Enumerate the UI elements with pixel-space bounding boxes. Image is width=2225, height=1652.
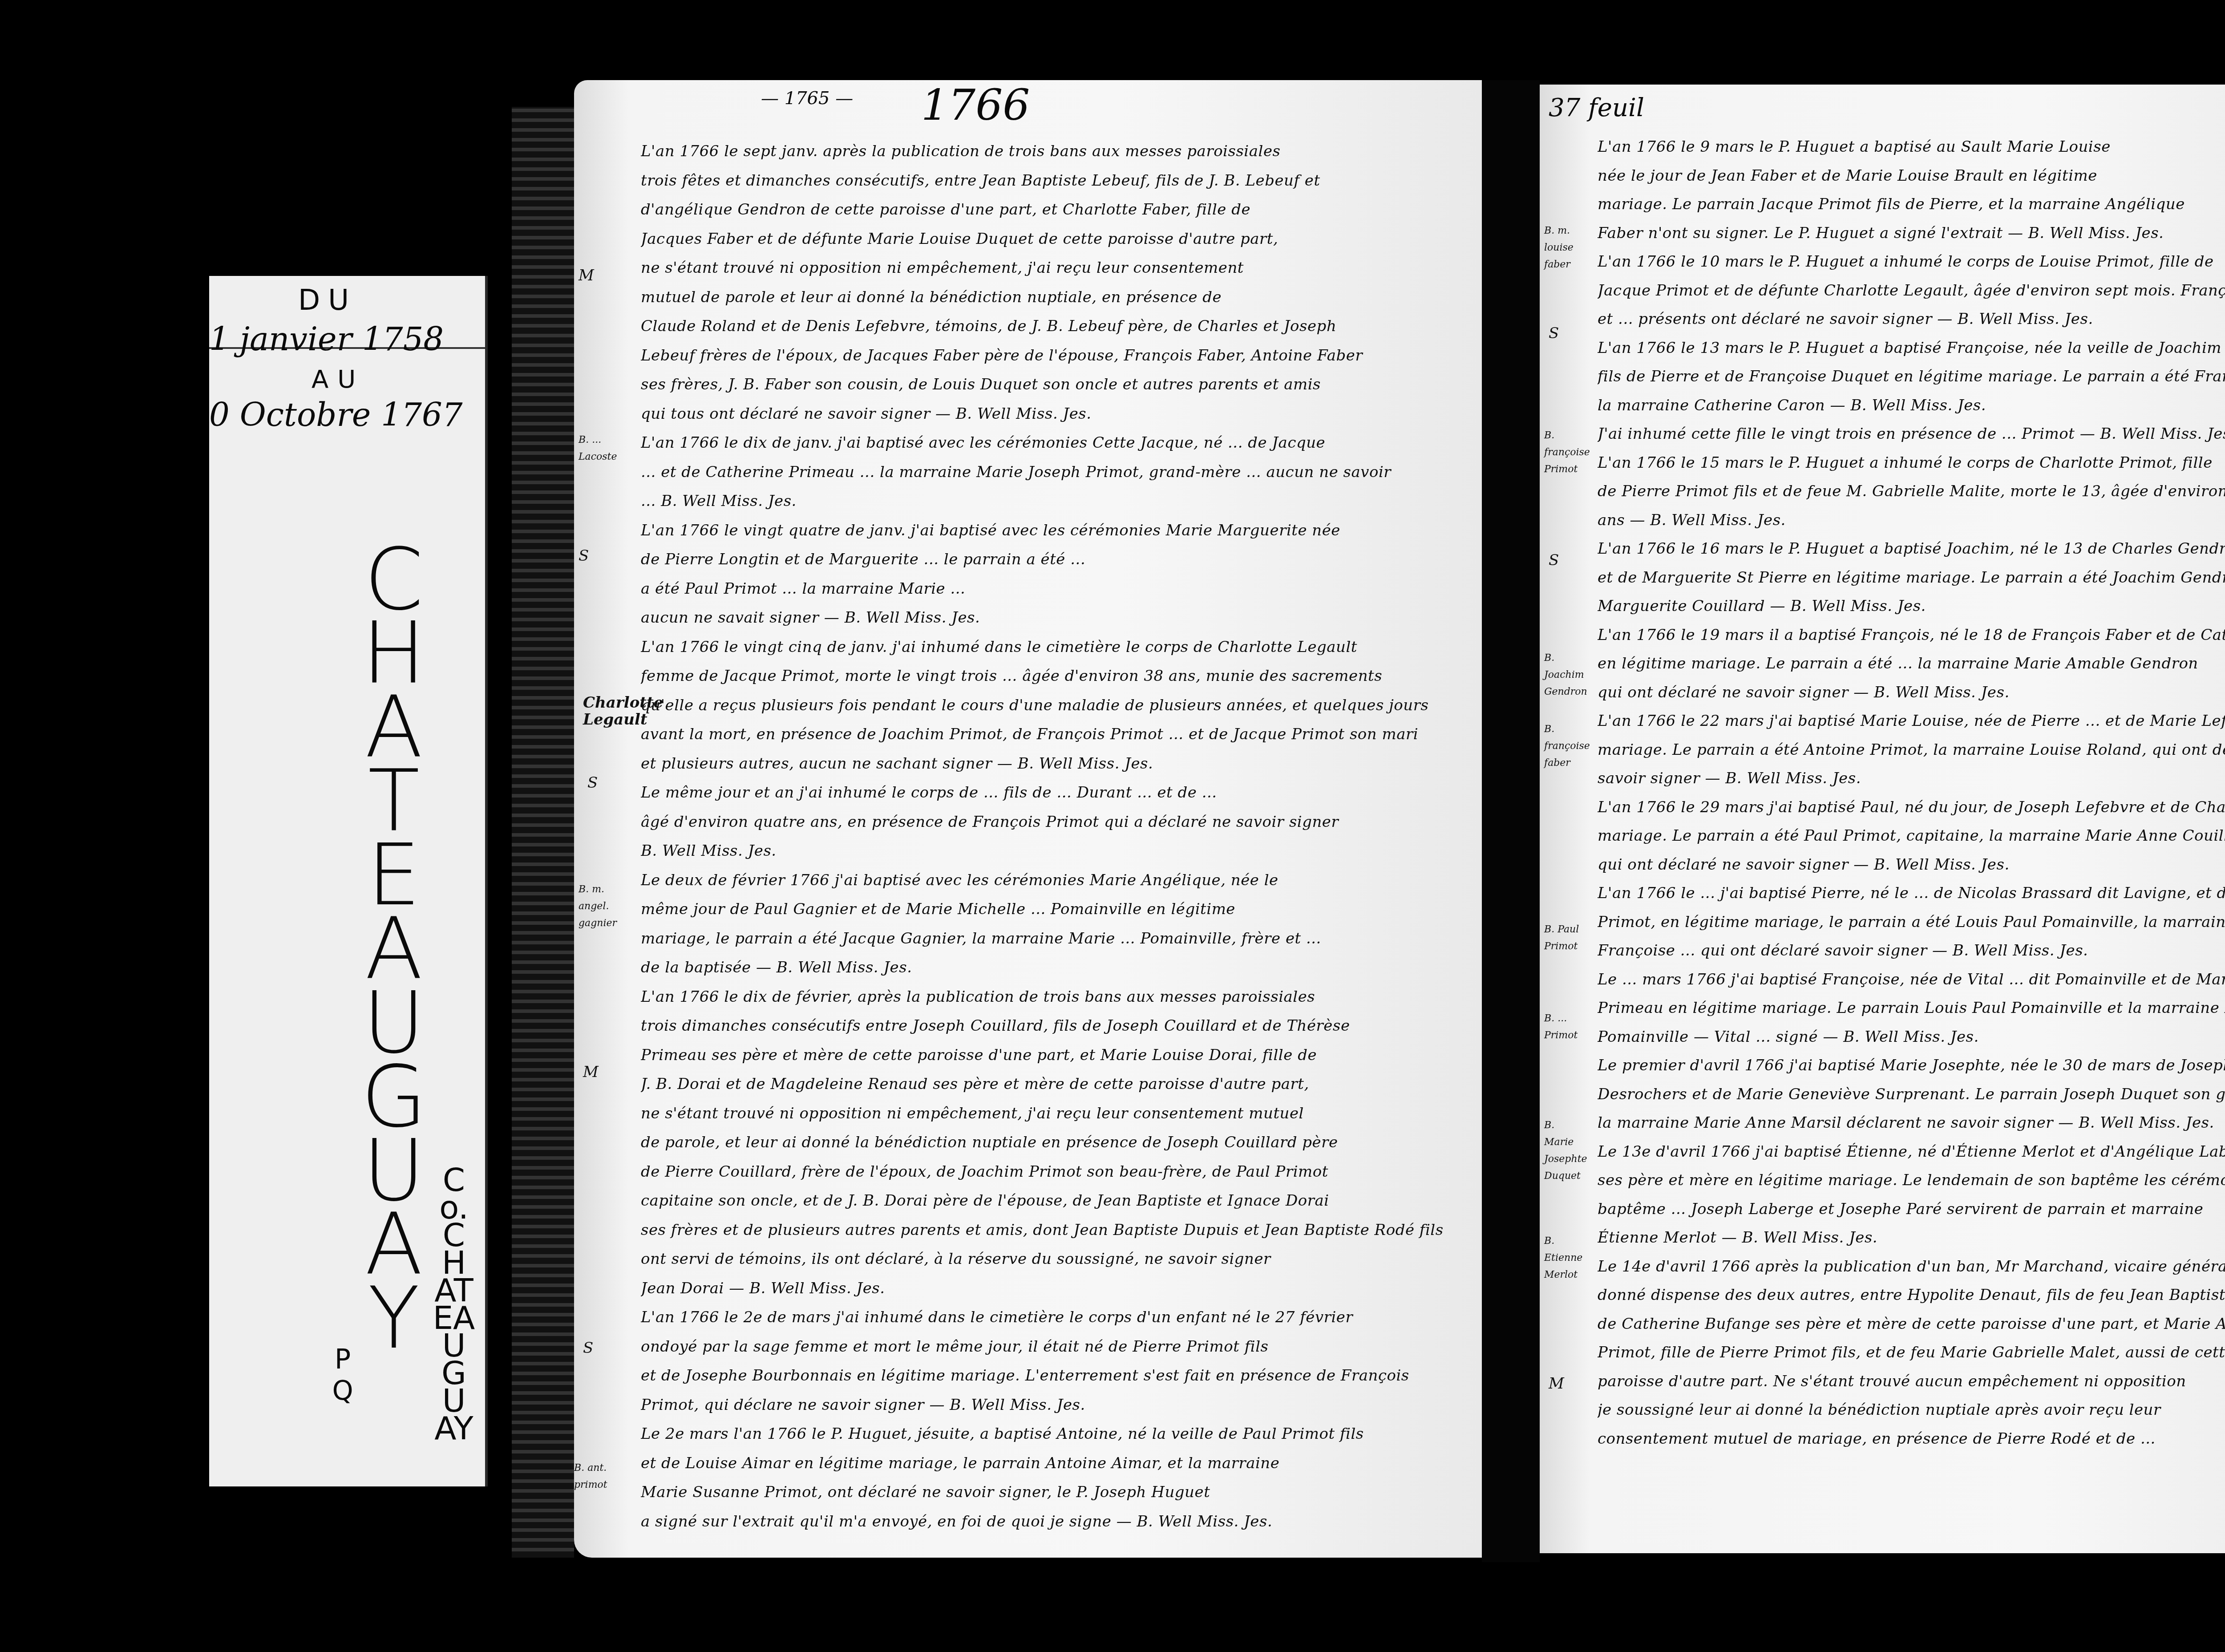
margin-note: B. françoise Primot [1544, 427, 1584, 478]
register-line: mutuel de parole et leur ai donné la bén… [641, 288, 1477, 306]
margin-note: B. Paul Primot [1544, 921, 1584, 955]
margin-note: S [587, 774, 598, 791]
register-line: L'an 1766 le 9 mars le P. Huguet a bapti… [1598, 138, 2225, 156]
register-line: fils de Pierre et de Françoise Duquet en… [1598, 368, 2225, 385]
register-line: ondoyé par la sage femme et mort le même… [641, 1338, 1477, 1356]
register-line: et plusieurs autres, aucun ne sachant si… [641, 755, 1477, 773]
register-line: en légitime mariage. Le parrain a été ..… [1598, 655, 2225, 672]
register-line: mariage. Le parrain Jacque Primot fils d… [1598, 195, 2225, 213]
register-line: trois fêtes et dimanches consécutifs, en… [641, 172, 1477, 190]
register-line: mariage, le parrain a été Jacque Gagnier… [641, 930, 1477, 947]
register-line: même jour de Paul Gagnier et de Marie Mi… [641, 900, 1477, 918]
register-line: Le 14e d'avril 1766 après la publication… [1598, 1258, 2225, 1275]
register-line: Faber n'ont su signer. Le P. Huguet a si… [1598, 224, 2225, 242]
register-line: et ... présents ont déclaré ne savoir si… [1598, 310, 2225, 328]
register-line: trois dimanches consécutifs entre Joseph… [641, 1017, 1477, 1035]
register-line: de Pierre Couillard, frère de l'époux, d… [641, 1163, 1477, 1181]
register-line: âgé d'environ quatre ans, en présence de… [641, 813, 1477, 831]
margin-note: S [1549, 552, 1559, 569]
register-line: J. B. Dorai et de Magdeleine Renaud ses … [641, 1075, 1477, 1093]
register-page-left: — 1765 — 1766 L'an 1766 le sept janv. ap… [574, 80, 1482, 1558]
register-line: L'an 1766 le 29 mars j'ai baptisé Paul, … [1598, 798, 2225, 816]
register-line: Françoise ... qui ont déclaré savoir sig… [1598, 942, 2225, 960]
label-county-name: Co. CHATEAUGUAY [432, 1166, 476, 1442]
register-line: Jacque Primot et de défunte Charlotte Le… [1598, 282, 2225, 300]
margin-note: B. Joachim Gendron [1544, 650, 1584, 700]
register-line: qui ont déclaré ne savoir signer — B. We… [1598, 856, 2225, 874]
register-line: la marraine Catherine Caron — B. Well Mi… [1598, 397, 2225, 414]
margin-note: B. m. angel. gagnier [578, 881, 627, 932]
register-line: Primot, qui déclare ne savoir signer — B… [641, 1396, 1477, 1414]
register-book: — 1765 — 1766 L'an 1766 le sept janv. ap… [512, 80, 2225, 1571]
register-line: a signé sur l'extrait qu'il m'a envoyé, … [641, 1513, 1477, 1531]
margin-note: B. m. louise faber [1544, 223, 1584, 273]
register-line: consentement mutuel de mariage, en prése… [1598, 1430, 2225, 1448]
register-line: de Pierre Longtin et de Marguerite ... l… [641, 551, 1477, 568]
register-line: Desrochers et de Marie Geneviève Surpren… [1598, 1085, 2225, 1103]
margin-note: B. ... Lacoste [578, 432, 627, 466]
register-line: Jean Dorai — B. Well Miss. Jes. [641, 1279, 1477, 1297]
register-line: Primot, fille de Pierre Primot fils, et … [1598, 1344, 2225, 1361]
label-start-date: 1 janvier 1758 [209, 320, 444, 358]
register-line: mariage. Le parrain a été Antoine Primot… [1598, 741, 2225, 759]
register-line: ses frères et de plusieurs autres parent… [641, 1221, 1477, 1239]
register-line: ne s'étant trouvé ni opposition ni empêc… [641, 1105, 1477, 1122]
register-line: Marguerite Couillard — B. Well Miss. Jes… [1598, 597, 2225, 615]
register-line: L'an 1766 le ... j'ai baptisé Pierre, né… [1598, 884, 2225, 902]
margin-note: M [583, 1064, 599, 1081]
register-line: qui ont déclaré ne savoir signer — B. We… [1598, 684, 2225, 701]
register-line: L'an 1766 le sept janv. après la publica… [641, 142, 1477, 160]
margin-note: B. Marie Josephte Duquet [1544, 1117, 1584, 1185]
margin-note: Charlotte Legault [583, 694, 632, 728]
register-line: Jacques Faber et de défunte Marie Louise… [641, 230, 1477, 248]
register-line: et de Louise Aimar en légitime mariage, … [641, 1454, 1477, 1472]
register-line: et de Josephe Bourbonnais en légitime ma… [641, 1367, 1477, 1385]
register-line: Primeau ses père et mère de cette parois… [641, 1046, 1477, 1064]
register-line: Le ... mars 1766 j'ai baptisé Françoise,… [1598, 971, 2225, 988]
register-line: Le 13e d'avril 1766 j'ai baptisé Étienne… [1598, 1143, 2225, 1161]
register-line: L'an 1766 le 19 mars il a baptisé Franço… [1598, 626, 2225, 644]
register-line: Étienne Merlot — B. Well Miss. Jes. [1598, 1229, 2225, 1247]
register-line: Claude Roland et de Denis Lefebvre, témo… [641, 317, 1477, 335]
register-line: ... B. Well Miss. Jes. [641, 492, 1477, 510]
register-line: L'an 1766 le 10 mars le P. Huguet a inhu… [1598, 253, 2225, 271]
register-line: ses frères, J. B. Faber son cousin, de L… [641, 376, 1477, 393]
label-province: PQ [329, 1344, 356, 1406]
register-line: Marie Susanne Primot, ont déclaré ne sav… [641, 1483, 1477, 1501]
margin-note: B. Etienne Merlot [1544, 1233, 1584, 1284]
folio-number: 37 feuil [1549, 93, 1644, 122]
register-line: Pomainville — Vital ... signé — B. Well … [1598, 1028, 2225, 1046]
register-line: L'an 1766 le 16 mars le P. Huguet a bapt… [1598, 540, 2225, 558]
register-line: ... et de Catherine Primeau ... la marra… [641, 463, 1477, 481]
margin-note: B. ... Primot [1544, 1010, 1584, 1044]
register-line: L'an 1766 le vingt cinq de janv. j'ai in… [641, 638, 1477, 656]
register-line: et de Marguerite St Pierre en légitime m… [1598, 569, 2225, 587]
register-line: a été Paul Primot ... la marraine Marie … [641, 580, 1477, 598]
label-parish-name: CHATEAUGUAY [356, 543, 432, 1356]
label-au: AU [311, 365, 364, 394]
register-line: L'an 1766 le dix de janv. j'ai baptisé a… [641, 434, 1477, 452]
label-end-date: 0 Octobre 1767 [209, 396, 463, 433]
register-line: B. Well Miss. Jes. [641, 842, 1477, 860]
register-line: Le premier d'avril 1766 j'ai baptisé Mar… [1598, 1057, 2225, 1074]
register-line: L'an 1766 le 2e de mars j'ai inhumé dans… [641, 1308, 1477, 1326]
book-gutter [1482, 80, 1540, 1562]
register-line: capitaine son oncle, et de J. B. Dorai p… [641, 1192, 1477, 1210]
margin-note: S [583, 1340, 593, 1356]
page-year-small: — 1765 — [761, 88, 853, 109]
margin-note: M [1549, 1375, 1564, 1392]
register-line: avant la mort, en présence de Joachim Pr… [641, 725, 1477, 743]
register-line: ont servi de témoins, ils ont déclaré, à… [641, 1250, 1477, 1268]
register-line: Le même jour et an j'ai inhumé le corps … [641, 784, 1477, 802]
register-line: L'an 1766 le 13 mars le P. Huguet a bapt… [1598, 339, 2225, 357]
register-line: la marraine Marie Anne Marsil déclarent … [1598, 1114, 2225, 1132]
register-line: J'ai inhumé cette fille le vingt trois e… [1598, 425, 2225, 443]
register-line: ses père et mère en légitime mariage. Le… [1598, 1171, 2225, 1189]
microfilm-label-card: DU 1 janvier 1758 AU 0 Octobre 1767 CHAT… [209, 276, 488, 1486]
register-line: baptême ... Joseph Laberge et Josephe Pa… [1598, 1200, 2225, 1218]
register-line: L'an 1766 le 22 mars j'ai baptisé Marie … [1598, 712, 2225, 730]
register-line: qu'elle a reçus plusieurs fois pendant l… [641, 696, 1477, 714]
register-line: L'an 1766 le vingt quatre de janv. j'ai … [641, 522, 1477, 539]
margin-note: S [578, 547, 589, 564]
register-line: qui tous ont déclaré ne savoir signer — … [641, 405, 1477, 423]
margin-note: B. françoise faber [1544, 721, 1584, 772]
register-line: paroisse d'autre part. Ne s'étant trouvé… [1598, 1373, 2225, 1390]
register-page-right: 37 feuil L'an 1766 le 9 mars le P. Hugue… [1540, 85, 2225, 1553]
register-line: de parole, et leur ai donné la bénédicti… [641, 1134, 1477, 1151]
register-line: ne s'étant trouvé ni opposition ni empêc… [641, 259, 1477, 277]
page-year-large: 1766 [921, 80, 1030, 130]
register-line: de Catherine Bufange ses père et mère de… [1598, 1315, 2225, 1333]
register-line: Le deux de février 1766 j'ai baptisé ave… [641, 871, 1477, 889]
register-line: femme de Jacque Primot, morte le vingt t… [641, 667, 1477, 685]
label-du: DU [298, 284, 357, 317]
register-line: Lebeuf frères de l'époux, de Jacques Fab… [641, 347, 1477, 364]
register-line: ans — B. Well Miss. Jes. [1598, 511, 2225, 529]
register-line: aucun ne savait signer — B. Well Miss. J… [641, 609, 1477, 627]
register-line: mariage. Le parrain a été Paul Primot, c… [1598, 827, 2225, 845]
register-line: L'an 1766 le dix de février, après la pu… [641, 988, 1477, 1006]
register-line: Primeau en légitime mariage. Le parrain … [1598, 999, 2225, 1017]
margin-note: B. ant. primot [574, 1460, 623, 1494]
book-edge-left [512, 107, 574, 1558]
register-line: donné dispense des deux autres, entre Hy… [1598, 1286, 2225, 1304]
register-line: née le jour de Jean Faber et de Marie Lo… [1598, 167, 2225, 185]
register-line: de la baptisée — B. Well Miss. Jes. [641, 959, 1477, 976]
register-line: d'angélique Gendron de cette paroisse d'… [641, 201, 1477, 219]
margin-note: S [1549, 325, 1559, 342]
margin-note: M [578, 267, 594, 284]
register-line: je soussigné leur ai donné la bénédictio… [1598, 1401, 2225, 1419]
register-line: L'an 1766 le 15 mars le P. Huguet a inhu… [1598, 454, 2225, 472]
register-line: savoir signer — B. Well Miss. Jes. [1598, 769, 2225, 787]
register-line: de Pierre Primot fils et de feue M. Gabr… [1598, 482, 2225, 500]
register-line: Le 2e mars l'an 1766 le P. Huguet, jésui… [641, 1425, 1477, 1443]
register-line: Primot, en légitime mariage, le parrain … [1598, 913, 2225, 931]
